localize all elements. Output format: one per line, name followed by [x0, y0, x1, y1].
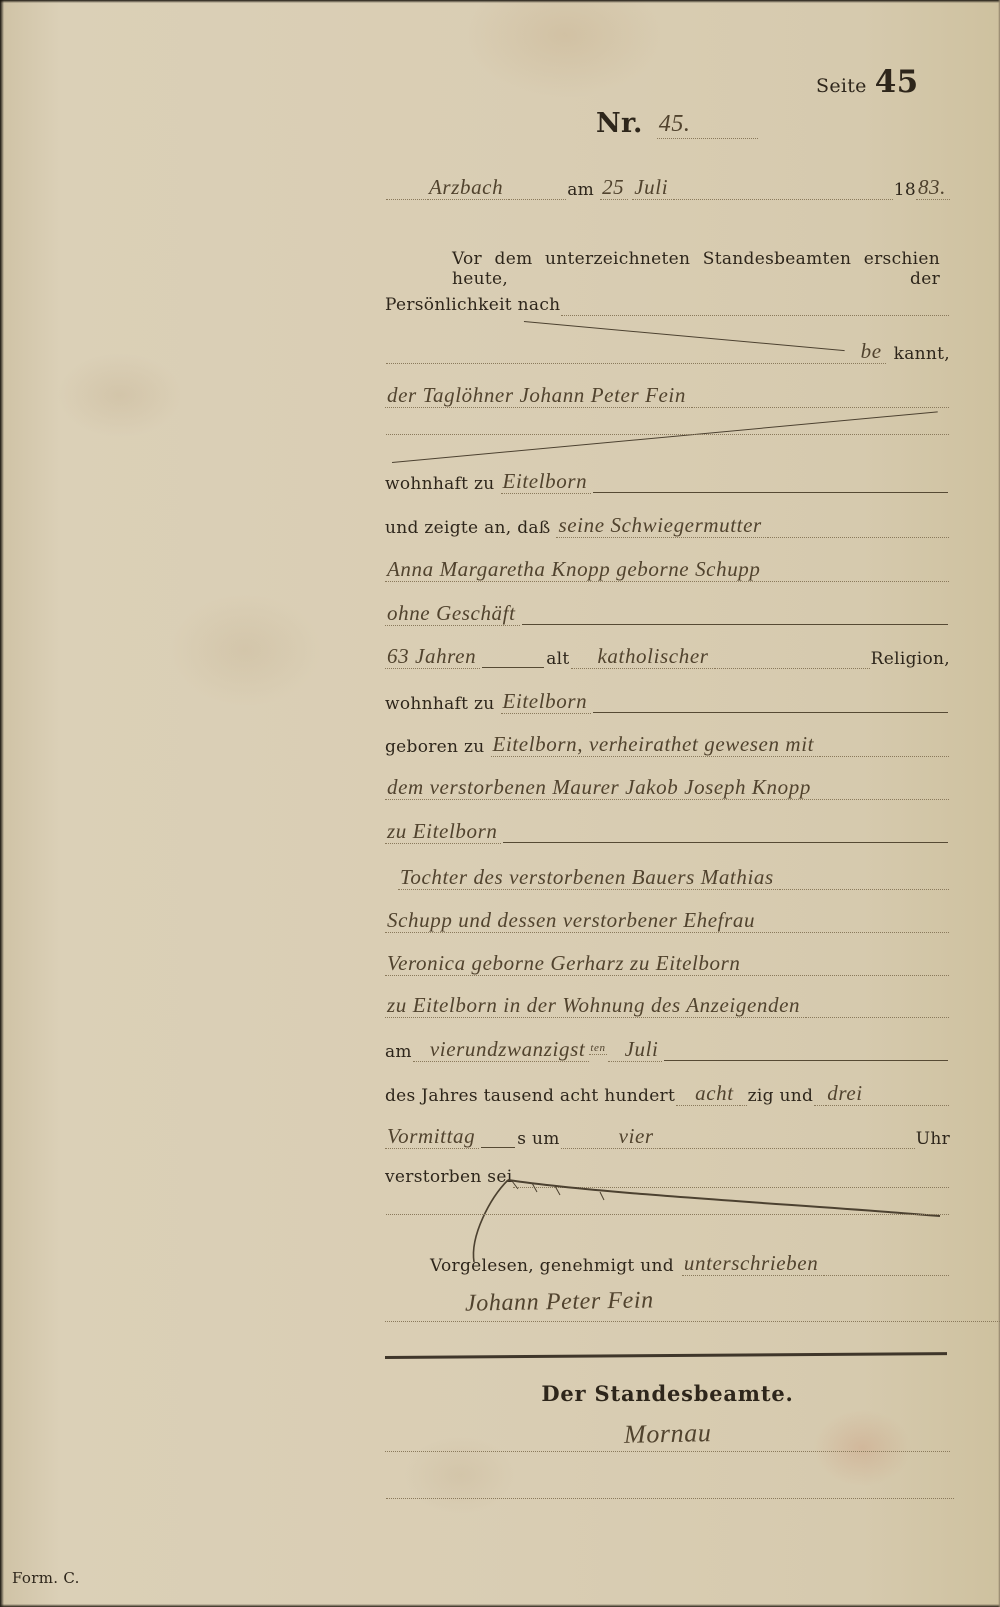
blank-line-2 — [385, 1212, 950, 1215]
religion-value: katholischer — [596, 645, 713, 669]
year-tens: acht — [693, 1082, 738, 1106]
bekannt-hand: be — [859, 340, 886, 364]
dateline-place: Arzbach — [427, 176, 507, 200]
birth-line: geboren zu Eitelborn, verheirathet gewes… — [385, 733, 950, 757]
seite-number: 45 — [875, 68, 919, 97]
daytime-value: Vormittag — [385, 1125, 479, 1149]
death-year-line: des Jahres tausend acht hundert acht zig… — [385, 1082, 950, 1106]
page-number: Seite 45 — [816, 68, 918, 97]
page-edge-top — [0, 0, 1000, 3]
dateline-year: 83. — [916, 176, 950, 200]
spouse-line: dem verstorbenen Maurer Jakob Joseph Kno… — [385, 776, 950, 800]
alt-label: alt — [546, 650, 569, 670]
residence-deceased-line: wohnhaft zu Eitelborn — [385, 690, 950, 714]
parents-text-3: Veronica geborne Gerharz zu Eitelborn — [385, 952, 745, 976]
birth-marriage-text: Eitelborn, verheirathet gewesen mit — [491, 733, 819, 757]
parents-line-2: Schupp und dessen verstorbener Ehefrau — [385, 909, 950, 933]
death-place-line: zu Eitelborn in der Wohnung des Anzeigen… — [385, 994, 950, 1018]
parents-text-1: Tochter des verstorbenen Bauers Mathias — [398, 866, 778, 890]
blank-line-1 — [385, 432, 950, 435]
dateline-month: Juli — [632, 176, 672, 200]
declarant-signature-line: Johann Peter Fein — [385, 1290, 1000, 1322]
death-month: Juli — [623, 1038, 663, 1062]
document-page: Seite 45 Nr. 45. Arzbach am 25 Juli 18 8… — [0, 0, 1000, 1607]
personality-line: Persönlichkeit nach — [385, 296, 950, 316]
death-place-text: zu Eitelborn in der Wohnung des Anzeigen… — [385, 994, 804, 1018]
seite-label: Seite — [816, 76, 867, 98]
uhr-label: Uhr — [916, 1130, 950, 1150]
death-date-line: am vierundzwanzigst ten Juli — [385, 1038, 950, 1062]
am-label: am — [385, 1043, 412, 1063]
parents-text-2: Schupp und dessen verstorbener Ehefrau — [385, 909, 759, 933]
dateline-century: 18 — [894, 181, 916, 201]
nr-label: Nr. — [596, 108, 643, 139]
geboren-label: geboren zu — [385, 738, 485, 758]
form-type-label: Form. C. — [12, 1570, 80, 1587]
dateline: Arzbach am 25 Juli 18 83. — [385, 176, 950, 200]
deceased-residence: Eitelborn — [501, 690, 592, 714]
record-number: Nr. 45. — [596, 108, 758, 139]
closing-label: Vorgelesen, genehmigt und — [430, 1257, 674, 1277]
bekannt-label: kannt, — [894, 345, 950, 365]
age-religion-line: 63 Jahren alt katholischer Religion, — [385, 645, 950, 669]
declarant-name: der Taglöhner Johann Peter Fein — [385, 384, 690, 408]
zeigte-label: und zeigte an, daß — [385, 519, 550, 539]
registrar-signature: Mornau — [624, 1419, 712, 1448]
registrar-label: Der Standesbeamte. — [541, 1382, 793, 1406]
deceased-name-line: Anna Margaretha Knopp geborne Schupp — [385, 558, 950, 582]
wohnhaft-label: wohnhaft zu — [385, 475, 495, 495]
parents-line-1: Tochter des verstorbenen Bauers Mathias — [398, 866, 950, 890]
declarant-signature: Johann Peter Fein — [465, 1288, 654, 1316]
dateline-day: 25 — [600, 176, 628, 200]
blank-line-3 — [385, 1496, 955, 1499]
nr-value: 45. — [657, 112, 758, 139]
closing-hand: unterschrieben — [682, 1252, 822, 1276]
form-type-label-row: Form. C. — [12, 1570, 80, 1587]
personality-label: Persönlichkeit nach — [385, 296, 560, 316]
deceased-name: Anna Margaretha Knopp geborne Schupp — [385, 558, 765, 582]
wohnhaft2-label: wohnhaft zu — [385, 695, 495, 715]
residence-declarant-line: wohnhaft zu Eitelborn — [385, 470, 950, 494]
zig-label: zig und — [748, 1087, 814, 1107]
relation-text: seine Schwiegermutter — [556, 514, 765, 538]
spouse-place: zu Eitelborn — [385, 820, 501, 844]
closing-line: Vorgelesen, genehmigt und unterschrieben — [430, 1252, 950, 1276]
pen-stroke-2 — [392, 411, 938, 463]
page-edge-left — [0, 0, 4, 1607]
declarant-line: der Taglöhner Johann Peter Fein — [385, 384, 950, 408]
year-prefix-label: des Jahres tausend acht hundert — [385, 1087, 675, 1107]
intro-line: Vor dem unterzeichneten Standesbeamten e… — [452, 250, 940, 289]
bekannt-line: be kannt, — [385, 340, 950, 364]
occupation-line: ohne Geschäft — [385, 602, 950, 626]
registrar-signature-line: Mornau — [385, 1420, 950, 1452]
age-value: 63 Jahren — [385, 645, 480, 669]
religion-label: Religion, — [871, 650, 950, 670]
dateline-am-label: am — [567, 181, 594, 201]
s-um-label: s um — [517, 1130, 559, 1150]
year-ones: drei — [825, 1082, 866, 1106]
spouse-place-line: zu Eitelborn — [385, 820, 950, 844]
intro-text: Vor dem unterzeichneten Standesbeamten e… — [452, 250, 940, 289]
death-day: vierundzwanzigst — [428, 1038, 589, 1062]
parents-line-3: Veronica geborne Gerharz zu Eitelborn — [385, 952, 950, 976]
registrar-line: Der Standesbeamte. — [385, 1382, 950, 1406]
hour-value: vier — [617, 1125, 658, 1149]
deceased-occupation: ohne Geschäft — [385, 602, 520, 626]
death-time-line: Vormittag s um vier Uhr — [385, 1125, 950, 1149]
spouse-text: dem verstorbenen Maurer Jakob Joseph Kno… — [385, 776, 815, 800]
pen-line-heavy — [385, 1352, 947, 1359]
report-line: und zeigte an, daß seine Schwiegermutter — [385, 514, 950, 538]
death-day-suffix: ten — [589, 1043, 606, 1056]
declarant-residence: Eitelborn — [501, 470, 592, 494]
